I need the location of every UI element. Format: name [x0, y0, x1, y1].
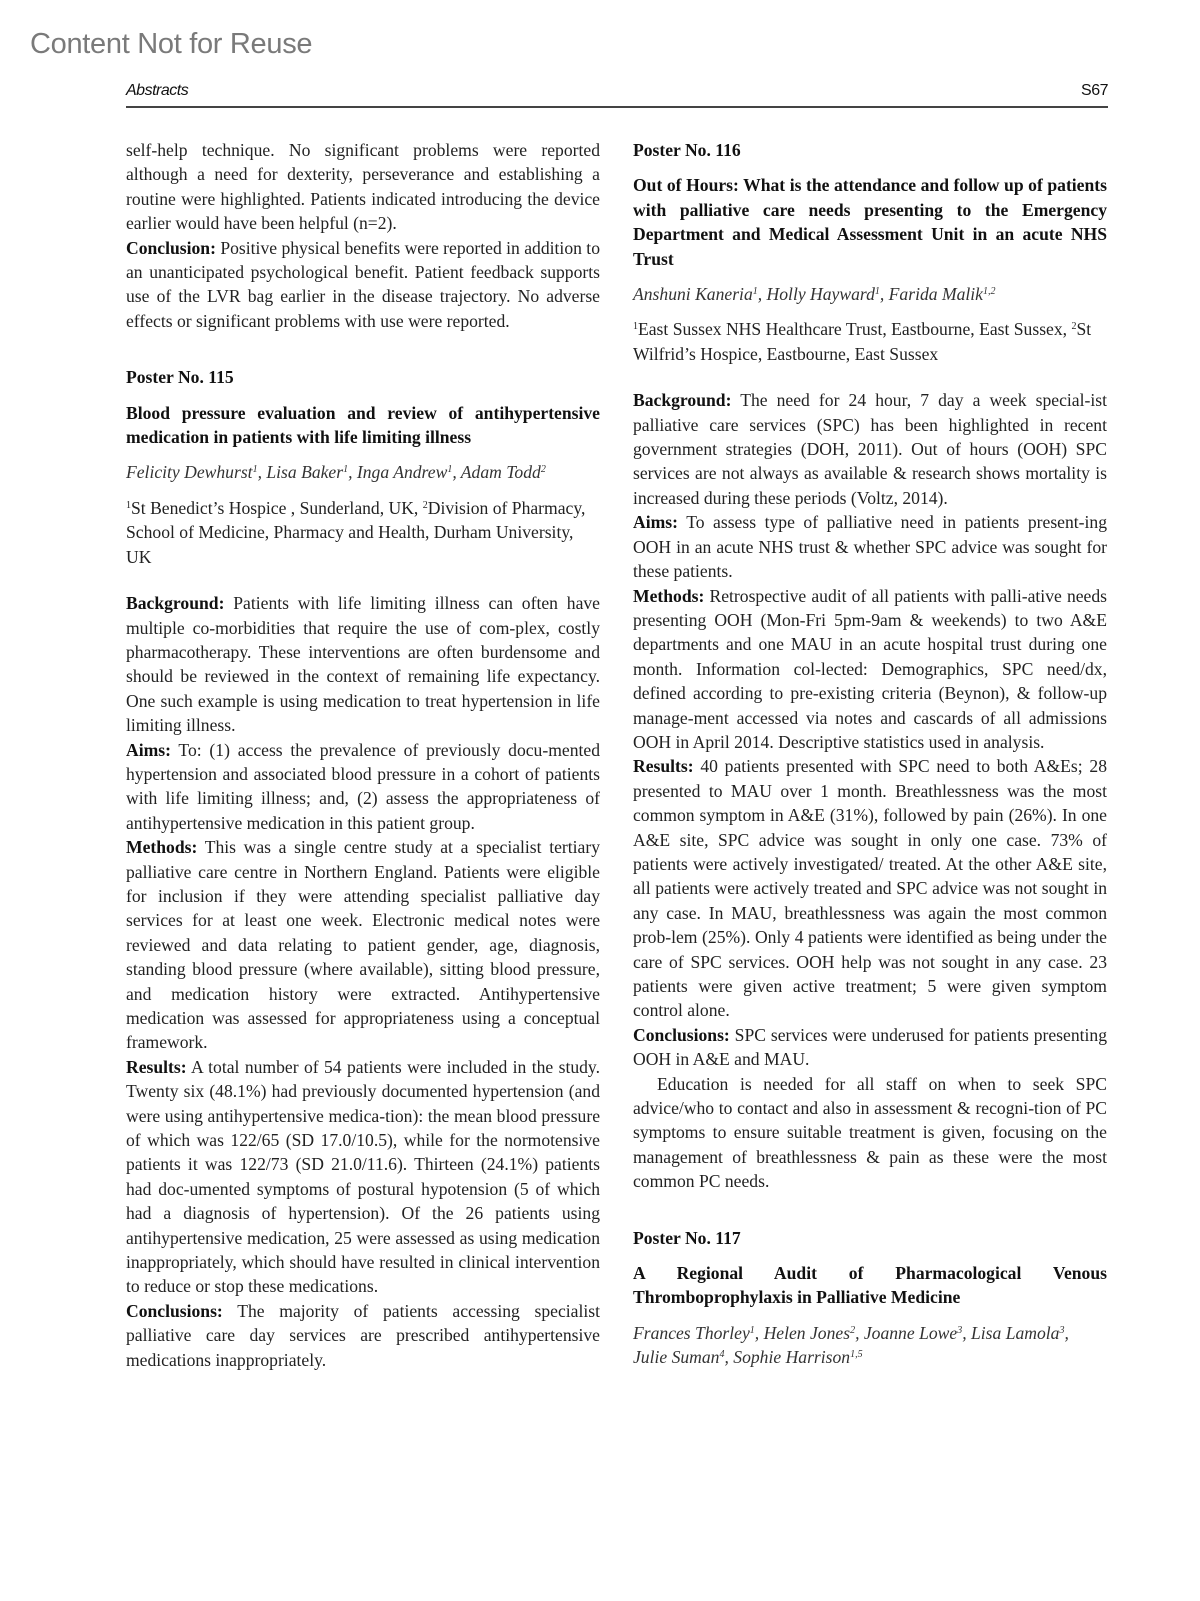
author-affil-ref: 3: [1059, 1325, 1064, 1336]
poster-number: Poster No. 116: [633, 138, 1107, 162]
author-affil-ref: 1,5: [850, 1349, 863, 1360]
author: Frances Thorley: [633, 1323, 750, 1343]
conclusions-section: Conclusions: SPC services were underused…: [633, 1023, 1107, 1072]
section-label: Conclusions:: [126, 1301, 223, 1321]
aims-section: Aims: To: (1) access the prevalence of p…: [126, 738, 600, 836]
author: Lisa Lamola: [971, 1323, 1059, 1343]
affiliation: East Sussex NHS Healthcare Trust, Eastbo…: [638, 319, 1071, 339]
abstract-title: A Regional Audit of Pharmacological Veno…: [633, 1261, 1107, 1310]
section-label: Aims:: [633, 512, 678, 532]
watermark: Content Not for Reuse: [30, 28, 312, 61]
author: Adam Todd: [461, 462, 541, 482]
author: Helen Jones: [764, 1323, 850, 1343]
section-label: Results:: [126, 1057, 187, 1077]
section-label: Conclusions:: [633, 1025, 730, 1045]
author: Farida Malik: [889, 284, 983, 304]
author: Julie Suman: [633, 1347, 719, 1367]
conclusions-section: Conclusions: The majority of patients ac…: [126, 1299, 600, 1372]
right-column: Poster No. 116 Out of Hours: What is the…: [633, 138, 1107, 1370]
author-affil-ref: 4: [719, 1349, 724, 1360]
left-column: self-help technique. No significant prob…: [126, 138, 600, 1372]
author: Inga Andrew: [357, 462, 447, 482]
author-list: Felicity Dewhurst1, Lisa Baker1, Inga An…: [126, 460, 600, 484]
author-affil-ref: 1: [343, 464, 348, 475]
section-text: Patients with life limiting illness can …: [126, 593, 600, 735]
section-label: Methods:: [126, 837, 197, 857]
results-section: Results: 40 patients presented with SPC …: [633, 754, 1107, 1022]
author-affil-ref: 1: [253, 464, 258, 475]
affiliations: 1St Benedict’s Hospice , Sunderland, UK,…: [126, 496, 600, 569]
section-text: Retrospective audit of all patients with…: [633, 586, 1107, 752]
section-label: Abstracts: [126, 82, 188, 100]
aims-section: Aims: To assess type of palliative need …: [633, 510, 1107, 583]
author-list: Frances Thorley1, Helen Jones2, Joanne L…: [633, 1321, 1107, 1370]
section-label: Results:: [633, 756, 694, 776]
section-text: To: (1) access the prevalence of previou…: [126, 740, 600, 833]
section-text: To assess type of palliative need in pat…: [633, 512, 1107, 581]
page-number: S67: [1081, 82, 1108, 100]
author-affil-ref: 3: [957, 1325, 962, 1336]
section-label: Aims:: [126, 740, 171, 760]
author-affil-ref: 1: [875, 286, 880, 297]
author: Joanne Lowe: [864, 1323, 957, 1343]
section-label: Background:: [126, 593, 224, 613]
author-affil-ref: 2: [850, 1325, 855, 1336]
author: Holly Hayward: [767, 284, 875, 304]
author: Felicity Dewhurst: [126, 462, 253, 482]
section-text: 40 patients presented with SPC need to b…: [633, 756, 1107, 1020]
poster-number: Poster No. 115: [126, 365, 600, 389]
continued-text: self-help technique. No significant prob…: [126, 138, 600, 236]
author-affil-ref: 1: [750, 1325, 755, 1336]
closing-paragraph: Education is needed for all staff on whe…: [633, 1072, 1107, 1194]
section-label: Conclusion:: [126, 238, 216, 258]
section-text: A total number of 54 patients were inclu…: [126, 1057, 600, 1297]
affiliation: St Benedict’s Hospice , Sunderland, UK,: [131, 498, 423, 518]
abstract-title: Blood pressure evaluation and review of …: [126, 401, 600, 450]
abstract-poster-117: Poster No. 117 A Regional Audit of Pharm…: [633, 1226, 1107, 1370]
author-affil-ref: 1: [447, 464, 452, 475]
abstract-poster-115: Poster No. 115 Blood pressure evaluation…: [126, 365, 600, 1372]
background-section: Background: Patients with life limiting …: [126, 591, 600, 737]
author-affil-ref: 1,2: [983, 286, 996, 297]
abstract-poster-116: Poster No. 116 Out of Hours: What is the…: [633, 138, 1107, 1194]
author-affil-ref: 1: [753, 286, 758, 297]
continued-abstract: self-help technique. No significant prob…: [126, 138, 600, 333]
author: Sophie Harrison: [733, 1347, 850, 1367]
author: Anshuni Kaneria: [633, 284, 753, 304]
author: Lisa Baker: [266, 462, 343, 482]
section-label: Methods:: [633, 586, 704, 606]
results-section: Results: A total number of 54 patients w…: [126, 1055, 600, 1299]
author-list: Anshuni Kaneria1, Holly Hayward1, Farida…: [633, 282, 1107, 306]
poster-number: Poster No. 117: [633, 1226, 1107, 1250]
section-label: Background:: [633, 390, 731, 410]
abstract-title: Out of Hours: What is the attendance and…: [633, 173, 1107, 271]
affiliations: 1East Sussex NHS Healthcare Trust, Eastb…: [633, 317, 1107, 366]
methods-section: Methods: This was a single centre study …: [126, 835, 600, 1055]
continued-conclusion: Conclusion: Positive physical benefits w…: [126, 236, 600, 334]
methods-section: Methods: Retrospective audit of all pati…: [633, 584, 1107, 755]
section-text: This was a single centre study at a spec…: [126, 837, 600, 1052]
background-section: Background: The need for 24 hour, 7 day …: [633, 388, 1107, 510]
author-affil-ref: 2: [541, 464, 546, 475]
running-head: Abstracts S67: [126, 80, 1108, 108]
